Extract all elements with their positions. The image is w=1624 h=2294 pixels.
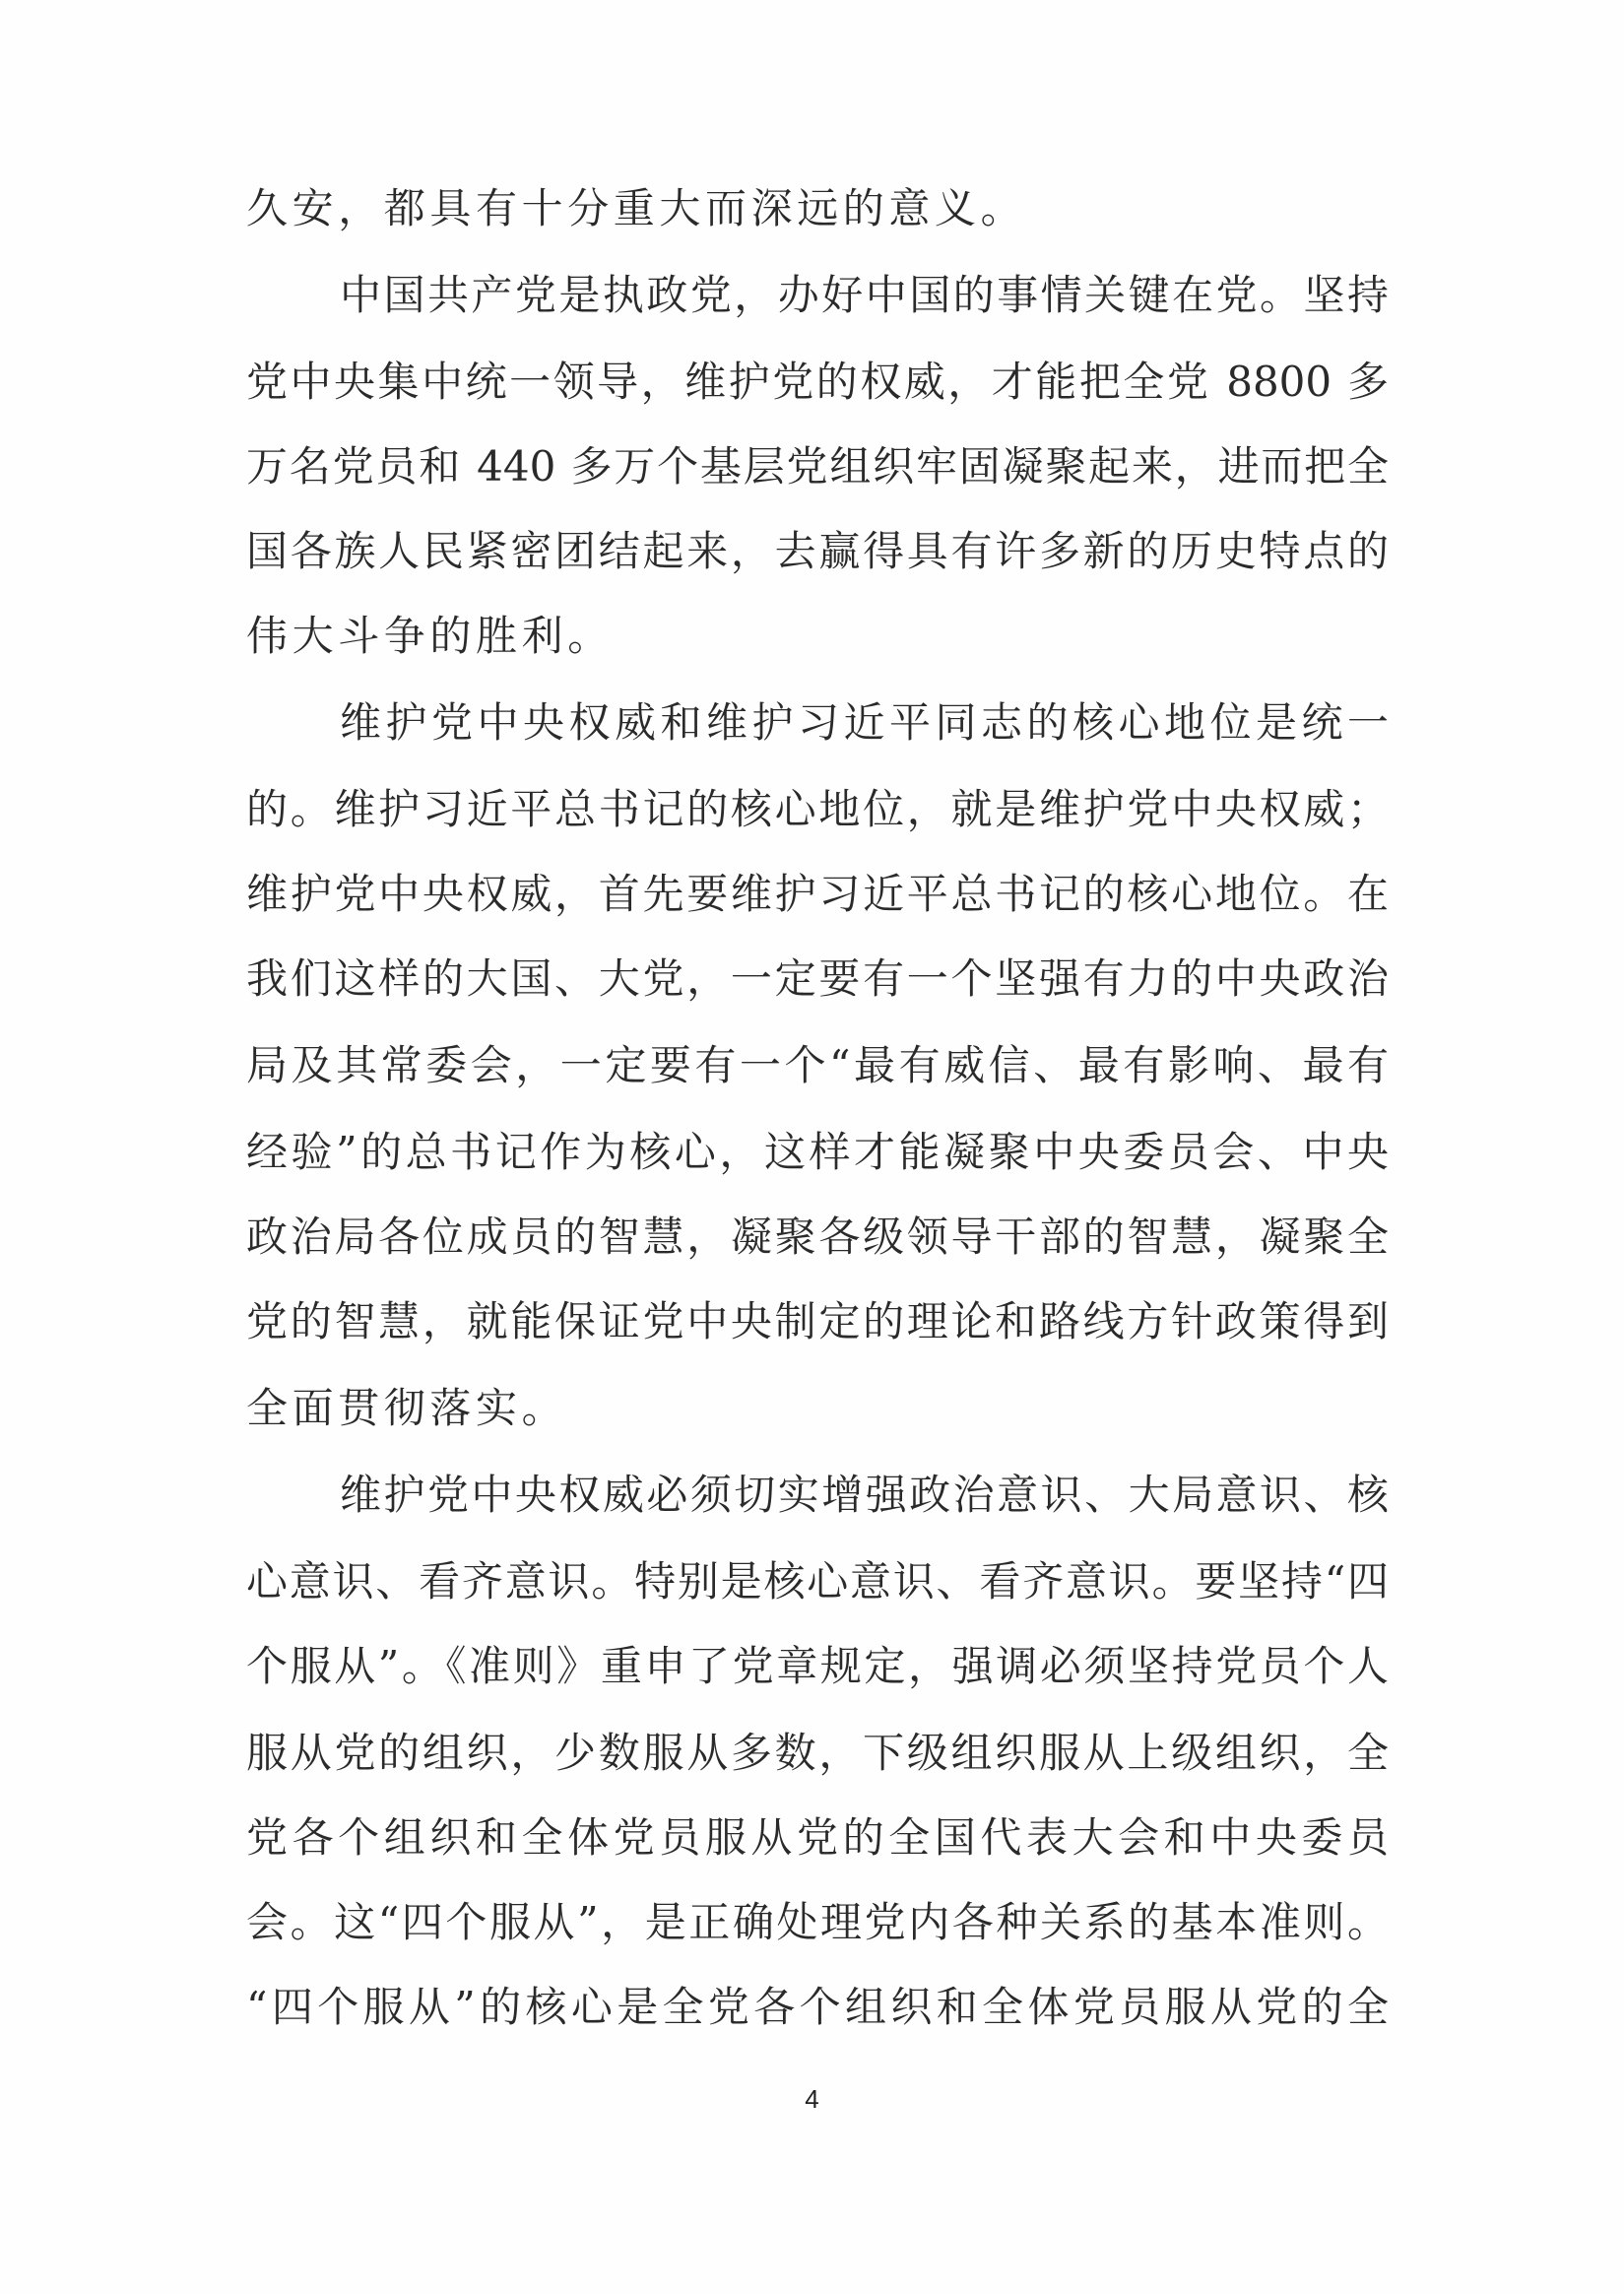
text-line: 政治局各位成员的智慧，凝聚各级领导干部的智慧，凝聚全 <box>246 1208 1389 1267</box>
text-line: 经验”的总书记作为核心，这样才能凝聚中央委员会、中央 <box>246 1123 1389 1182</box>
text-line: “四个服从”的核心是全党各个组织和全体党员服从党的全 <box>246 1978 1389 2037</box>
text-line: 党的智慧，就能保证党中央制定的理论和路线方针政策得到 <box>246 1292 1389 1351</box>
text-line: 服从党的组织，少数服从多数，下级组织服从上级组织，全 <box>246 1724 1389 1783</box>
text-line: 维护党中央权威，首先要维护习近平总书记的核心地位。在 <box>246 865 1389 924</box>
text-line: 久安，都具有十分重大而深远的意义。 <box>246 179 1389 238</box>
text-line: 全面贯彻落实。 <box>246 1379 1389 1438</box>
document-page: 久安，都具有十分重大而深远的意义。中国共产党是执政党，办好中国的事情关键在党。坚… <box>0 0 1624 2294</box>
text-line: 伟大斗争的胜利。 <box>246 607 1389 666</box>
text-line: 党中央集中统一领导，维护党的权威，才能把全党 8800 多 <box>246 353 1389 412</box>
paragraph-first-line: 维护党中央权威必须切实增强政治意识、大局意识、核 <box>340 1466 1389 1525</box>
text-line: 我们这样的大国、大党，一定要有一个坚强有力的中央政治 <box>246 950 1389 1009</box>
paragraph-first-line: 维护党中央权威和维护习近平同志的核心地位是统一 <box>340 693 1389 753</box>
paragraph-first-line: 中国共产党是执政党，办好中国的事情关键在党。坚持 <box>340 266 1389 325</box>
text-line: 心意识、看齐意识。特别是核心意识、看齐意识。要坚持“四 <box>246 1552 1389 1611</box>
page-number: 4 <box>0 2084 1624 2115</box>
text-line: 局及其常委会，一定要有一个“最有威信、最有影响、最有 <box>246 1036 1389 1095</box>
text-line: 国各族人民紧密团结起来，去赢得具有许多新的历史特点的 <box>246 522 1389 581</box>
text-line: 个服从”。《准则》重申了党章规定，强调必须坚持党员个人 <box>246 1637 1389 1696</box>
text-line: 的。维护习近平总书记的核心地位，就是维护党中央权威； <box>246 780 1389 839</box>
text-line: 万名党员和 440 多万个基层党组织牢固凝聚起来，进而把全 <box>246 437 1389 496</box>
text-line: 会。这“四个服从”，是正确处理党内各种关系的基本准则。 <box>246 1893 1389 1952</box>
text-line: 党各个组织和全体党员服从党的全国代表大会和中央委员 <box>246 1808 1389 1868</box>
